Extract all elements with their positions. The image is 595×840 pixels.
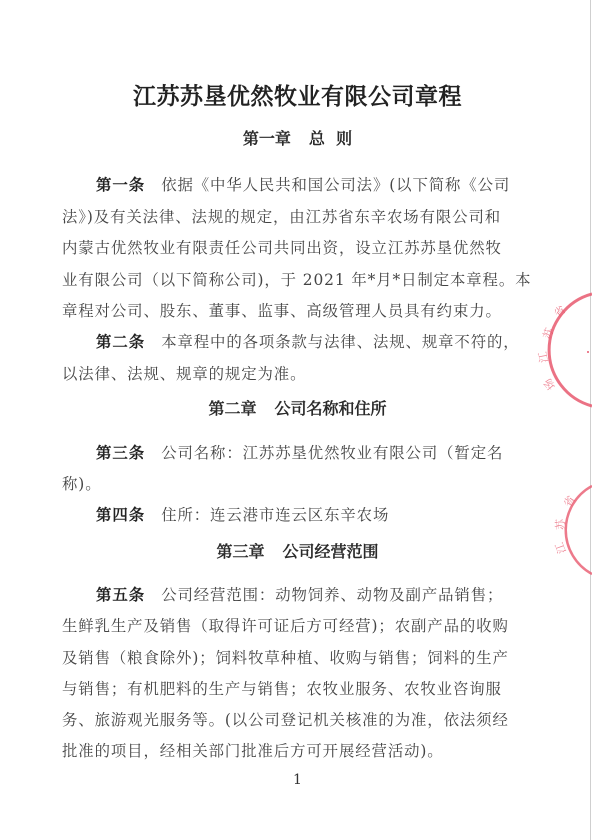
page-number: 1: [0, 772, 595, 788]
article-4-line-1: 第四条住所：连云港市连云区东辛农场: [96, 503, 566, 525]
svg-text:省: 省: [560, 493, 578, 510]
article-1-line-1: 第一条依据《中华人民共和国公司法》(以下简称《公司: [96, 173, 566, 195]
article-5-line-1: 第五条公司经营范围：动物饲养、动物及副产品销售；: [96, 583, 566, 605]
article-1-line-5: 章程对公司、股东、董事、监事、高级管理人员具有约束力。: [62, 299, 532, 321]
chapter-3-heading: 第三章公司经营范围: [0, 539, 595, 562]
article-2-line-1: 第二条本章程中的各项条款与法律、法规、规章不符的，: [96, 330, 566, 352]
article-2-line-2: 以法律、法规、规章的规定为准。: [62, 362, 532, 384]
article-3-line-2: 称)。: [62, 472, 532, 494]
svg-text:江: 江: [536, 351, 551, 364]
article-5-line-6: 批准的项目，经相关部门批准后方可开展经营活动)。: [62, 739, 532, 761]
article-4-label: 第四条: [96, 506, 145, 524]
chapter-label: 第一章: [243, 129, 291, 148]
article-1-line-3: 内蒙古优然牧业有限责任公司共同出资，设立江苏苏垦优然牧: [62, 236, 532, 258]
chapter-2-heading: 第二章公司名称和住所: [0, 396, 595, 419]
article-1-line-4: 业有限公司（以下简称公司)，于 2021 年*月*日制定本章程。本: [62, 268, 532, 290]
article-1-label: 第一条: [96, 176, 145, 194]
chapter-name: 总 则: [309, 129, 352, 148]
svg-text:苏: 苏: [553, 518, 567, 530]
article-5-line-3: 及销售（粮食除外)；饲料牧草种植、收购与销售；饲料的生产: [62, 646, 532, 668]
chapter-name: 公司经营范围: [283, 542, 379, 561]
document-page: 江苏苏垦优然牧业有限公司章程 第一章总 则 第一条依据《中华人民共和国公司法》(…: [0, 0, 595, 840]
chapter-name: 公司名称和住所: [275, 399, 387, 418]
partial-seal-bottom-icon: 省 苏 江: [546, 480, 592, 580]
chapter-1-heading: 第一章总 则: [0, 126, 595, 149]
article-5-line-2: 生鲜乳生产及销售（取得许可证后方可经营)；农副产品的收购: [62, 614, 532, 636]
chapter-label: 第三章: [216, 542, 264, 561]
partial-seal-top-icon: 省 苏 江 场: [536, 290, 592, 410]
article-3-label: 第三条: [96, 444, 145, 462]
article-5-label: 第五条: [96, 586, 145, 604]
document-title: 江苏苏垦优然牧业有限公司章程: [0, 78, 595, 111]
article-5-line-4: 与销售；有机肥料的生产与销售；农牧业服务、农牧业咨询服: [62, 677, 532, 699]
article-2-label: 第二条: [96, 333, 145, 351]
article-3-line-1: 第三条公司名称：江苏苏垦优然牧业有限公司（暂定名: [96, 441, 566, 463]
article-5-line-5: 务、旅游观光服务等。(以公司登记机关核准的为准，依法须经: [62, 708, 532, 730]
svg-text:省: 省: [551, 303, 568, 321]
article-1-line-2: 法》)及有关法律、法规的规定，由江苏省东辛农场有限公司和: [62, 205, 532, 227]
chapter-label: 第二章: [208, 399, 256, 418]
